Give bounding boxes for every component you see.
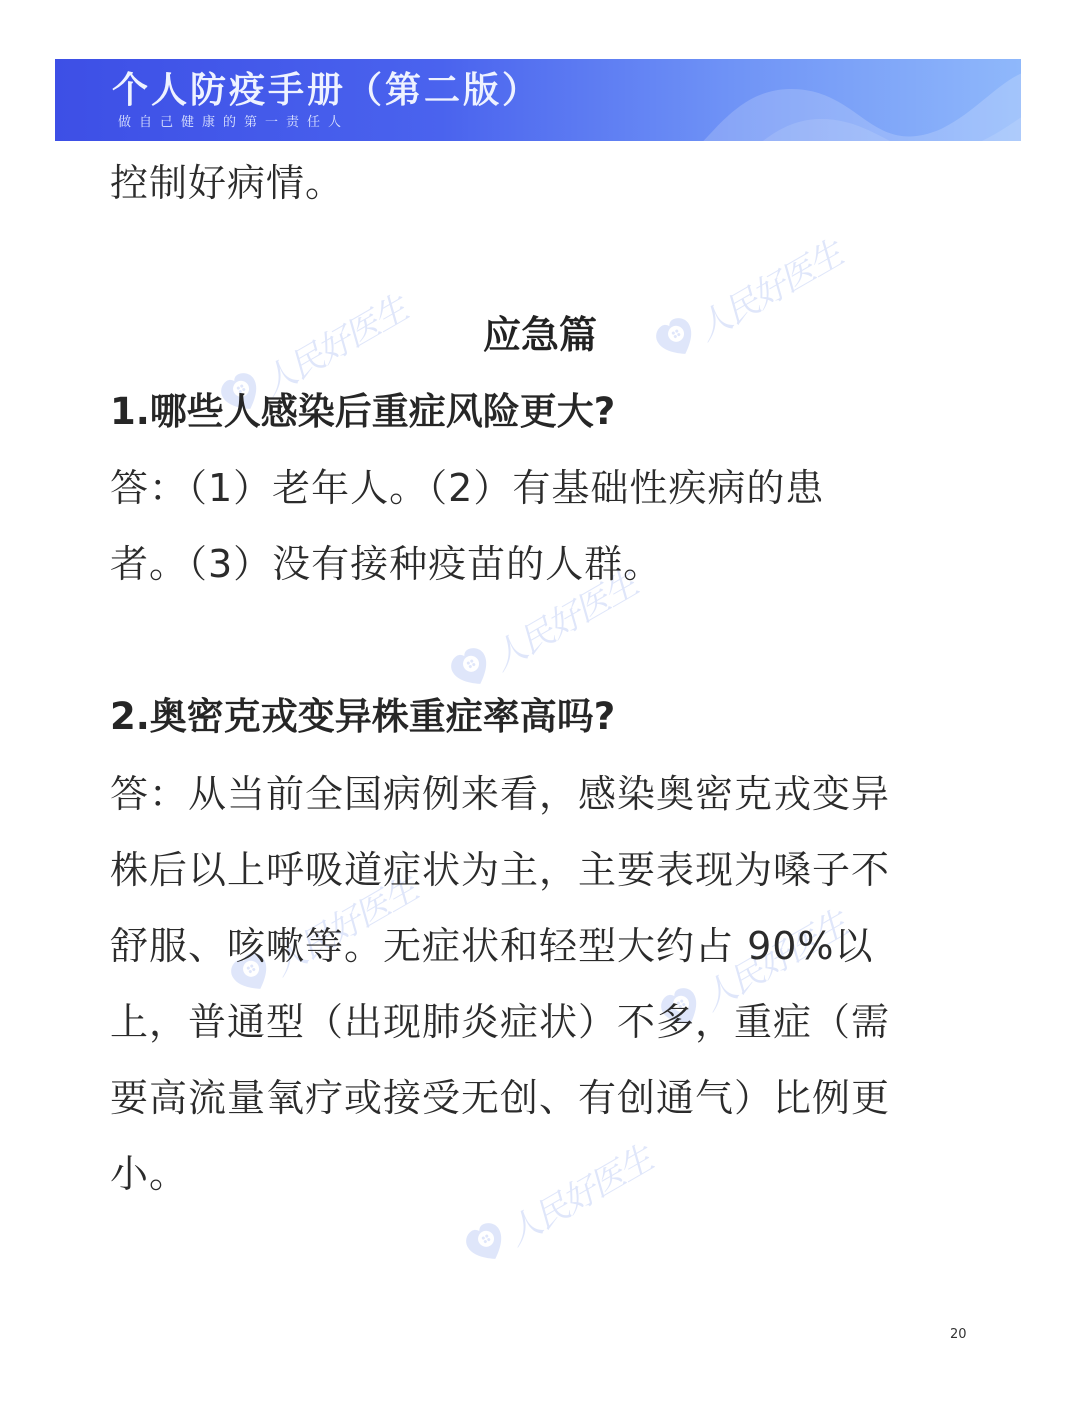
wave-decoration-icon [641, 59, 1021, 141]
answer-1: 答：（1）老年人。（2）有基础性疾病的患 者。（3）没有接种疫苗的人群。 [110, 450, 970, 602]
answer-line: 答：从当前全国病例来看，感染奥密克戎变异 [110, 756, 970, 832]
answer-line: 舒服、咳嗽等。无症状和轻型大约占 90%以 [110, 908, 970, 984]
handbook-subtitle: 做自己健康的第一责任人 [118, 115, 349, 131]
answer-line: 答：（1）老年人。（2）有基础性疾病的患 [110, 450, 970, 526]
page-number: 20 [950, 1327, 967, 1342]
answer-line: 者。（3）没有接种疫苗的人群。 [110, 526, 970, 602]
answer-line: 株后以上呼吸道症状为主，主要表现为嗓子不 [110, 832, 970, 908]
handbook-title: 个人防疫手册（第二版） [112, 69, 541, 113]
intro-paragraph: 控制好病情。 [110, 145, 344, 221]
answer-2: 答：从当前全国病例来看，感染奥密克戎变异 株后以上呼吸道症状为主，主要表现为嗓子… [110, 756, 970, 1212]
section-title: 应急篇 [110, 305, 970, 365]
header-banner: 个人防疫手册（第二版） 做自己健康的第一责任人 [55, 59, 1021, 141]
answer-line: 要高流量氧疗或接受无创、有创通气）比例更 [110, 1060, 970, 1136]
answer-line: 小。 [110, 1136, 970, 1212]
answer-line: 上，普通型（出现肺炎症状）不多，重症（需 [110, 984, 970, 1060]
heart-logo-icon [459, 1216, 514, 1271]
question-2: 2.奥密克戎变异株重症率高吗? [110, 687, 615, 747]
question-1: 1.哪些人感染后重症风险更大? [110, 382, 615, 442]
